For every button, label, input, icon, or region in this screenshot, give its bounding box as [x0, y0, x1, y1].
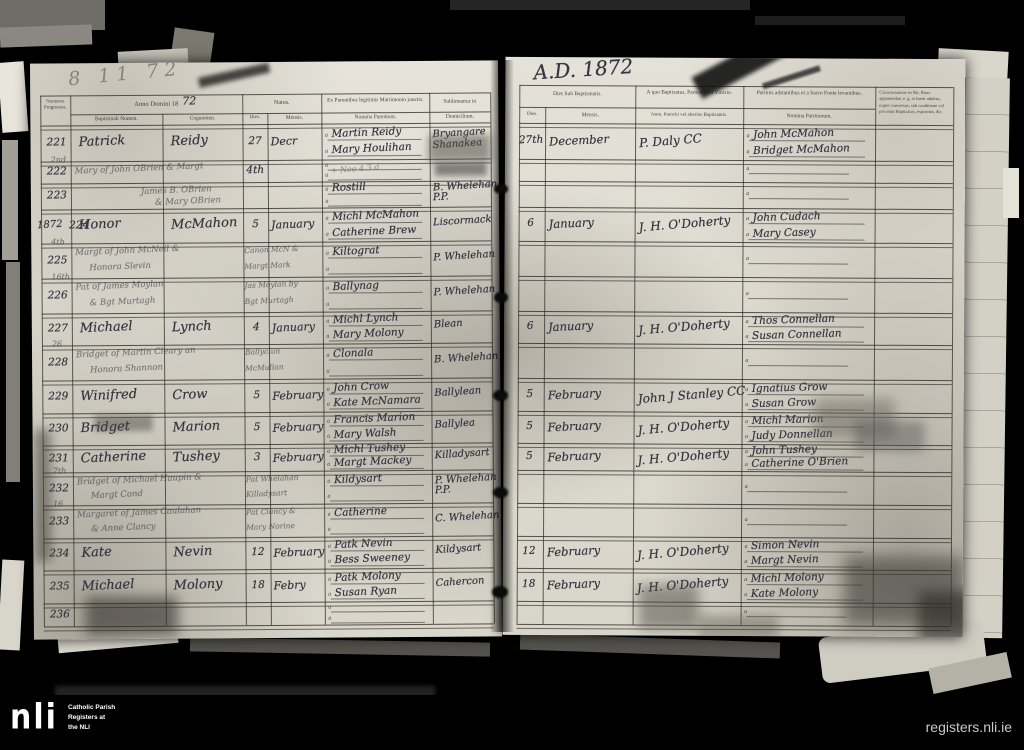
entry-surname: McMahon: [171, 215, 238, 233]
entry-day: 5: [243, 218, 268, 230]
entry-interlined-text: Honora Shannon: [90, 362, 163, 375]
page-edge: [6, 262, 20, 482]
register-left-page: 8 11 72 NumerusProgressus. Anno Domini 1…: [30, 60, 502, 639]
entry-first-name: Honor: [79, 216, 121, 233]
entry-interlined-note: Canon McN &: [244, 244, 299, 255]
entry-number: 225: [43, 254, 71, 266]
printed-a-mark: a: [325, 511, 333, 519]
ruled-line: [749, 198, 849, 200]
stain: [854, 421, 924, 451]
ruled-line: [748, 298, 848, 300]
table-rule: [951, 87, 955, 626]
printed-a-mark: a: [743, 387, 751, 395]
priest-name: J. H. O'Doherty: [637, 416, 730, 437]
table-rule: [519, 107, 875, 110]
table-rule: [517, 470, 951, 477]
printed-a-mark: a: [323, 186, 331, 194]
table-rule: [42, 377, 492, 385]
entry-month: Febry: [273, 578, 306, 592]
source-bar: nli Catholic Parish Registers at the NLI…: [0, 695, 1024, 750]
entry-day: 5: [244, 421, 269, 433]
entry-interlined-note: Bgt Murtagh: [244, 294, 293, 305]
entry-interlined-text: Honora Slevin: [89, 260, 151, 273]
entry-interlined-text: & Mary OBrien: [155, 195, 221, 208]
torn-paper: [755, 16, 905, 25]
entry-interlined-note: McMullan: [245, 362, 284, 373]
table-rule: [633, 85, 637, 624]
register-entry-name-line: Patk Molony: [334, 568, 424, 584]
entry-surname: Reidy: [170, 133, 208, 150]
page-edge: [190, 637, 490, 656]
table-rule: [42, 310, 492, 318]
entry-day: 12: [245, 546, 270, 558]
printed-a-mark: a: [324, 285, 332, 293]
table-rule: [41, 206, 491, 214]
printed-a-mark: a: [742, 484, 750, 492]
printed-a-mark: a: [323, 173, 331, 181]
printed-a-mark: a: [743, 419, 751, 427]
printed-a-mark: a: [742, 559, 750, 567]
printed-a-mark: a: [325, 527, 333, 535]
printed-a-mark: a: [744, 232, 752, 240]
entry-residence: Liscormack: [433, 214, 492, 228]
binding-hole: [494, 184, 508, 194]
ruled-line: [329, 375, 423, 377]
printed-a-mark: a: [326, 592, 334, 600]
baptism-day: 27th: [517, 134, 545, 147]
stain: [94, 415, 152, 431]
printed-a-mark: a: [325, 461, 333, 469]
baptism-month: February: [547, 385, 601, 401]
printed-a-mark: a: [744, 191, 752, 199]
page-edge: [2, 140, 18, 260]
entry-surname: Crow: [172, 386, 208, 402]
register-entry-name-line: Susan Ryan: [334, 584, 424, 600]
baptism-day: 5: [515, 420, 543, 433]
table-rule: [519, 123, 953, 130]
entry-number: 236: [46, 608, 74, 620]
entry-interlined-note: Ballyclun: [245, 346, 281, 356]
register-entry-name-line: Martin Reidy: [331, 124, 421, 140]
printed-a-mark: a: [744, 216, 752, 224]
printed-a-mark: a: [743, 358, 751, 366]
entry-surname: Marion: [172, 418, 220, 435]
entry-month: January: [272, 320, 316, 335]
entry-number-superscript: 4th: [51, 237, 65, 246]
entry-month: January: [271, 217, 315, 232]
entry-month: February: [273, 545, 324, 560]
register-entry-name-line: Catherine: [334, 503, 424, 519]
register-entry-name-line: Mary Casey: [752, 225, 864, 240]
register-entry-name-line: Bridget McMahon: [753, 142, 865, 157]
printed-a-mark: a: [742, 462, 750, 470]
table-rule: [518, 276, 952, 283]
register-entry-name-line: Bess Sweeney: [334, 551, 424, 567]
entry-day: 5: [244, 388, 269, 400]
entry-residence: Cahercon: [435, 575, 484, 589]
table-rule: [43, 535, 493, 543]
entry-first-name: Michael: [81, 577, 134, 594]
printed-a-mark: a: [743, 319, 751, 327]
baptism-day: 5: [515, 449, 543, 462]
entry-interlined-note: Jas Moylan by: [244, 279, 298, 290]
table-rule: [519, 207, 953, 214]
register-entry-name-line: Mary Molony: [333, 326, 423, 342]
entry-month: February: [272, 387, 323, 402]
entry-month: February: [272, 449, 323, 464]
printed-a-mark: a: [322, 133, 330, 141]
entry-residence: B. Whelehan: [434, 350, 499, 365]
printed-a-mark: a: [743, 434, 751, 442]
entry-residence: P. Whelehan: [433, 283, 495, 298]
entry-number: 227: [44, 322, 72, 334]
priest-name: John J Stanley CC: [637, 383, 746, 406]
binding-hole: [493, 390, 508, 401]
printed-a-mark: a: [323, 250, 331, 258]
printed-a-mark: a: [742, 592, 750, 600]
ruled-line: [329, 308, 423, 310]
printed-a-mark: a: [742, 577, 750, 585]
entry-residence: Blean: [434, 318, 463, 331]
table-rule: [517, 503, 951, 510]
entry-first-name: Catherine: [80, 448, 146, 466]
printed-a-mark: a: [324, 402, 332, 410]
entry-number-superscript: 16th: [51, 272, 70, 281]
register-entry-name-line: John Crow: [333, 378, 423, 394]
priest-name: J. H. O'Doherty: [638, 316, 731, 337]
ruled-line: [331, 611, 425, 613]
entry-interlined-note: Mary Norine: [246, 520, 295, 531]
baptism-day: 6: [516, 320, 544, 333]
register-entry-name-line: Kildysart: [334, 470, 424, 486]
entry-number: 223: [43, 189, 71, 201]
page-edge: [958, 78, 1010, 639]
table-rule: [519, 159, 953, 166]
register-entry-name-line: Michl Lynch: [333, 311, 423, 327]
register-entry-name-line: Francis Marion: [333, 411, 423, 427]
entry-surname: Lynch: [172, 319, 212, 336]
priest-name: P. Daly CC: [639, 131, 703, 150]
entry-number-superscript: 2nd: [51, 155, 66, 164]
printed-a-mark: a: [324, 352, 332, 360]
stain: [639, 585, 699, 630]
table-rule: [40, 92, 490, 96]
ruled-line: [330, 500, 424, 502]
entry-interlined-text: Margt Cond: [91, 488, 143, 500]
baptism-month: February: [547, 418, 601, 434]
printed-a-mark: a: [743, 291, 751, 299]
entry-number-superscript: 16: [53, 499, 63, 508]
page-edge: [0, 61, 28, 133]
stain: [86, 597, 178, 636]
entry-day: 3: [245, 450, 270, 462]
priest-name: J. H. O'Doherty: [637, 446, 730, 467]
stain: [435, 162, 487, 175]
entry-day: 4: [244, 321, 269, 333]
baptism-day: 5: [516, 387, 544, 400]
printed-a-mark: a: [326, 605, 334, 613]
entry-residence: P. Whelehan: [433, 248, 495, 263]
printed-a-mark: a: [744, 166, 752, 174]
register-entry-name-line: Mary Walsh: [333, 426, 423, 442]
table-rule: [518, 343, 952, 350]
table-rule: [40, 122, 490, 130]
entry-surname: Molony: [173, 576, 222, 593]
printed-a-mark: a: [744, 133, 752, 141]
printed-a-mark: a: [325, 559, 333, 567]
stain: [918, 591, 965, 637]
entry-residence: P.P.: [433, 191, 449, 203]
entry-surname: Nevin: [173, 544, 213, 561]
entry-number: 229: [44, 390, 72, 402]
page-edge: [1003, 168, 1019, 218]
baptism-month: February: [547, 543, 601, 559]
register-right-page: A.D. 1872 Dies Sub Baptismatis. Dies. Me…: [502, 57, 965, 637]
entry-interlined-text: & Anne Clancy: [91, 521, 156, 534]
table-rule: [44, 567, 494, 575]
table-rule: [519, 85, 953, 88]
torn-paper: [0, 24, 92, 47]
printed-a-mark: a: [324, 319, 332, 327]
register-entry-name-line: Margt Mackey: [334, 453, 424, 469]
table-rule: [41, 180, 491, 188]
printed-a-mark: a: [323, 267, 331, 275]
entry-first-name: Winifred: [80, 386, 137, 403]
register-entry-name-line: Thos Connellan: [752, 312, 864, 327]
printed-a-mark: a: [323, 149, 331, 157]
register-entry-name-line: Kate McNamara: [333, 394, 423, 410]
entry-number: 222: [43, 165, 71, 177]
printed-a-mark: a: [325, 434, 333, 442]
printed-a-mark: a: [324, 386, 332, 394]
binding-hole: [494, 292, 508, 303]
stain: [35, 430, 52, 562]
torn-paper: [450, 0, 750, 10]
entry-first-name: Patrick: [78, 133, 125, 150]
printed-a-mark: a: [323, 216, 331, 224]
entry-first-name: Kate: [81, 545, 112, 561]
entry-number-superscript: 7th: [53, 466, 67, 475]
page-edge: [0, 559, 24, 650]
nli-logo-label: Catholic Parish Registers at the NLI: [68, 703, 115, 732]
printed-a-mark: a: [743, 256, 751, 264]
ruled-line: [749, 173, 849, 175]
printed-a-mark: a: [742, 517, 750, 525]
entry-residence: Kildysart: [435, 542, 481, 556]
ruled-line: [747, 524, 847, 526]
margin-year-note: 1872: [37, 219, 63, 231]
binding-shadow: [490, 60, 514, 632]
printed-a-mark: a: [326, 616, 334, 624]
baptism-month: January: [548, 318, 594, 334]
entry-residence: Ballylea: [434, 417, 475, 430]
baptism-month: January: [548, 215, 594, 231]
entry-day: 18: [246, 578, 271, 590]
stain: [698, 615, 778, 637]
register-entry-name-line: Susan Connellan: [752, 327, 864, 342]
printed-a-mark: a: [324, 302, 332, 310]
binding-hole: [492, 586, 508, 598]
printed-a-mark: a: [744, 149, 752, 157]
nli-logo: nli Catholic Parish Registers at the NLI: [10, 703, 115, 733]
entry-residence: Ballylean: [434, 385, 481, 399]
baptism-month: February: [547, 447, 601, 463]
ruled-line: [747, 491, 847, 493]
register-entry-name-line: Mary Houlihan: [331, 140, 421, 156]
register-entry-name-line: Patk Nevin: [334, 536, 424, 552]
stain: [429, 134, 491, 160]
binding-hole: [493, 487, 508, 498]
entry-first-name: Michael: [80, 319, 133, 336]
watermark-url: registers.nli.ie: [926, 719, 1012, 735]
entry-number: 228: [44, 356, 72, 368]
printed-a-mark: a: [743, 334, 751, 342]
entry-interlined-note: Pat Whelahan: [246, 473, 299, 484]
entry-number: 235: [46, 580, 74, 592]
baptism-month: December: [549, 132, 609, 149]
register-entry-name-line: Catherine Brew: [332, 224, 422, 240]
register-entry-name-line: Michl McMahon: [332, 208, 422, 224]
register-entry-name-line: John McMahon: [753, 126, 865, 141]
entry-interlined-text: & Bgt Murtagh: [89, 295, 155, 308]
printed-a-mark: a: [325, 449, 333, 457]
printed-a-mark: a: [324, 419, 332, 427]
entry-day: 27: [242, 135, 267, 147]
printed-a-mark: a: [324, 369, 332, 377]
ruled-line: [748, 365, 848, 367]
printed-a-mark: a: [323, 198, 331, 206]
entry-number: 221: [43, 136, 71, 148]
nli-logo-wordmark: nli: [10, 701, 58, 736]
baptism-month: February: [546, 575, 600, 591]
priest-name: J. H. O'Doherty: [637, 541, 730, 562]
entry-day: 4th: [243, 164, 268, 176]
table-rule: [517, 85, 521, 624]
entry-month: Decr: [270, 134, 297, 148]
table-rule: [519, 241, 953, 248]
table-rule: [518, 311, 952, 318]
priest-name: J. H. O'Doherty: [638, 213, 731, 234]
printed-a-mark: a: [324, 334, 332, 342]
ruled-line: [330, 533, 424, 535]
printed-a-mark: a: [742, 449, 750, 457]
printed-a-mark: a: [325, 478, 333, 486]
photo-stage: 8 11 72 NumerusProgressus. Anno Domini 1…: [0, 0, 1024, 750]
entry-interlined-note: Killadysart: [246, 488, 288, 499]
register-entry-name-line: Ignatius Grow: [752, 380, 864, 395]
baptism-day: 12: [515, 545, 543, 558]
register-entry-name-line: Catherine O'Brien: [751, 455, 863, 470]
ruled-line: [748, 342, 864, 344]
page-edge: [520, 633, 780, 658]
table-rule: [519, 181, 953, 188]
baptism-day: 18: [515, 577, 543, 590]
entry-residence: Killadysart: [434, 447, 490, 461]
entry-month: February: [272, 420, 323, 435]
printed-a-mark: a: [325, 544, 333, 552]
entry-surname: Tushey: [172, 448, 220, 465]
entry-number: 226: [44, 289, 72, 301]
register-entry-name-line: Simon Nevin: [751, 537, 863, 552]
printed-a-mark: a: [326, 576, 334, 584]
entry-interlined-note: Margt Mark: [244, 260, 291, 271]
entry-number-superscript: 26: [52, 339, 62, 348]
entry-residence: P.P.: [435, 484, 451, 496]
printed-a-mark: a: [325, 494, 333, 502]
right-register-table: 27thDecemberP. Daly CCaJohn McMahonaBrid…: [502, 57, 965, 637]
printed-a-mark: a: [323, 232, 331, 240]
table-rule: [70, 111, 490, 115]
baptism-day: 6: [516, 217, 544, 230]
printed-a-mark: a: [743, 402, 751, 410]
ruled-line: [748, 263, 848, 265]
ruled-line: [328, 273, 422, 275]
printed-a-mark: a: [742, 544, 750, 552]
table-rule: [517, 536, 951, 543]
table-rule: [873, 87, 877, 626]
entry-interlined-note: Pat Clancy &: [246, 506, 296, 517]
register-entry-name-line: John Cudach: [753, 209, 865, 224]
